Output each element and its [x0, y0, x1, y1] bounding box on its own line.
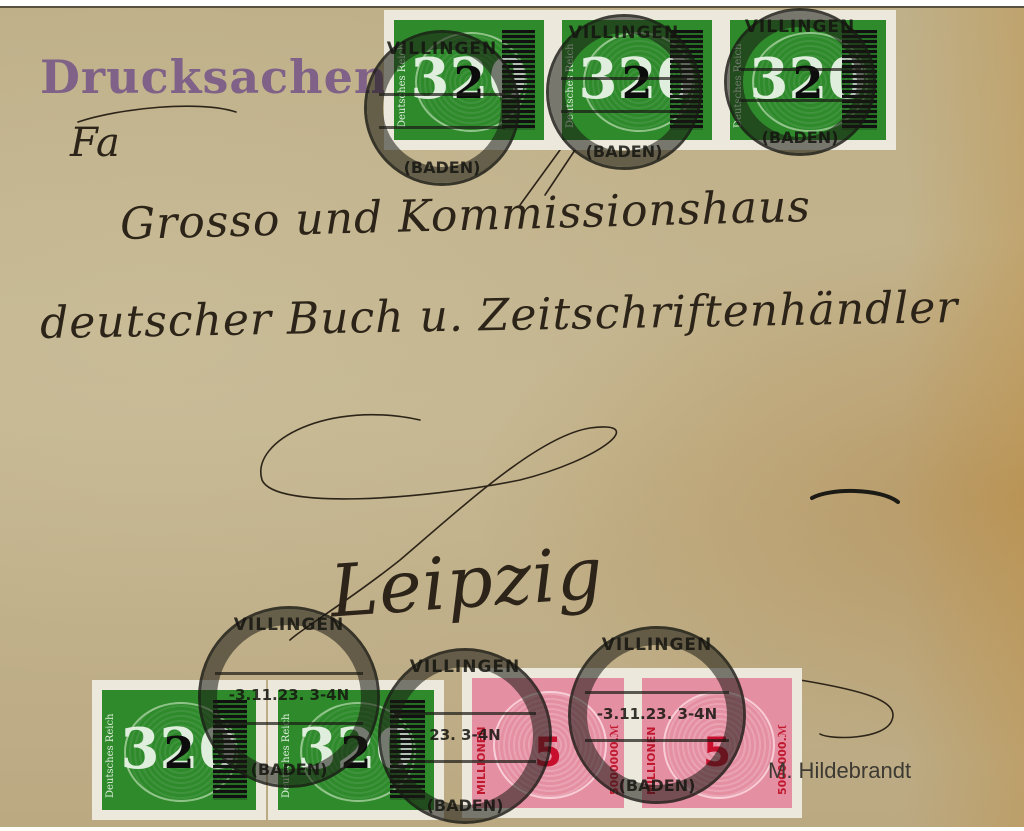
postmark-town: VILLINGEN: [367, 39, 517, 59]
postmark: VILLINGEN (BADEN): [546, 14, 702, 170]
postmark-region: (BADEN): [201, 760, 377, 779]
postmark-town: VILLINGEN: [201, 615, 377, 635]
postmark: VILLINGEN -3.11.23. 3-4N (BADEN): [568, 626, 746, 804]
postmark: VILLINGEN 23. 3-4N (BADEN): [378, 648, 552, 824]
postmark-town: VILLINGEN: [571, 635, 743, 655]
postmark-town: VILLINGEN: [549, 23, 699, 43]
address-line-1: Fa: [70, 120, 121, 166]
postmark: VILLINGEN -3.11.23. 3-4N (BADEN): [198, 606, 380, 788]
photo-credit: M. Hildebrandt: [768, 758, 911, 784]
postmark-town: VILLINGEN: [727, 17, 873, 37]
postmark-region: (BADEN): [727, 128, 873, 147]
postmark: VILLINGEN (BADEN): [724, 8, 876, 156]
postmark-date: 23. 3-4N: [381, 726, 549, 744]
drucksachen-cachet: Drucksachen: [40, 50, 388, 104]
postmark-region: (BADEN): [381, 796, 549, 815]
postmark-region: (BADEN): [549, 142, 699, 161]
postmark-region: (BADEN): [571, 776, 743, 795]
postmark-date: -3.11.23. 3-4N: [571, 705, 743, 723]
postmark: VILLINGEN (BADEN): [364, 30, 520, 186]
postmark-region: (BADEN): [367, 158, 517, 177]
postmark-town: VILLINGEN: [381, 657, 549, 677]
postmark-date: -3.11.23. 3-4N: [201, 686, 377, 704]
